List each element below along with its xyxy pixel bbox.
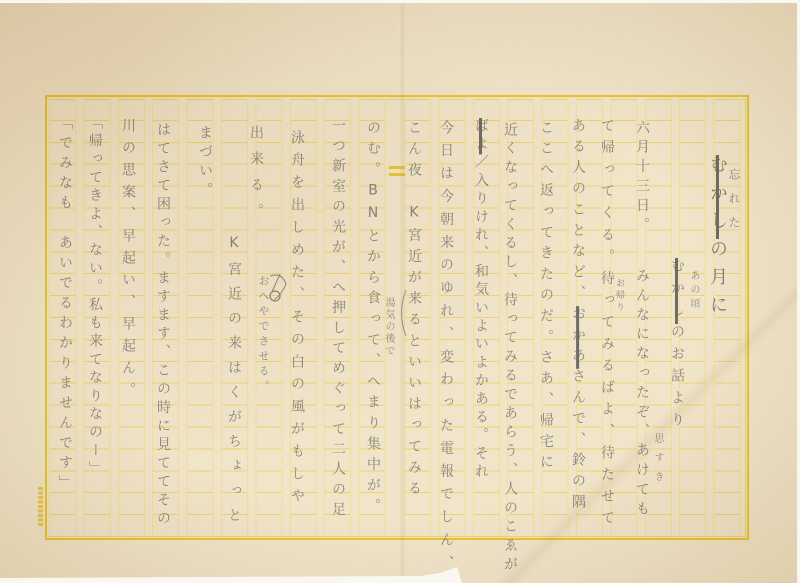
manuscript-line-8: ばよ／入りけれ、和気いよいよかある。それ [474, 118, 488, 482]
struck-text: ばよ [473, 118, 489, 154]
line-text: ／入りけれ、和気いよいよかある。それ [473, 154, 489, 482]
pencil-bracket-mark-icon [396, 288, 408, 338]
manuscript-line-2: むかしのお話より [670, 258, 684, 434]
line-text: 「帰ってきよ、ない。私も来てなりなのー」 [87, 115, 103, 479]
line-text: 一つ新室の光が、へ押してめぐって二人の足 [330, 118, 346, 522]
line-text: 今日は今朝来のゆれ、変わった電報でしん、 [438, 120, 454, 578]
line-text: て帰ってくる。待ってみるばよ、待たせて [599, 118, 615, 532]
line-text: こん夜 K宮近が来るといいはってみる [406, 120, 422, 502]
manuscript-line-15: K宮近の来はくがちょっと [227, 235, 241, 532]
line-2-correction: あの頃 [688, 270, 698, 312]
manuscript-line-10: こん夜 K宮近が来るといいはってみる [407, 120, 421, 502]
manuscript-line-17: はてさて困った。ますます、この時に見ててその [156, 122, 170, 529]
pencil-scribble-icon [262, 270, 292, 310]
line-3-correction: 思すき [652, 433, 662, 490]
struck-text: むかし [669, 258, 685, 324]
manuscript-line-19: 「帰ってきよ、ない。私も来てなりなのー」 [88, 115, 102, 479]
line-text: 「でみなも あいでるわかりませんです」 [57, 115, 73, 495]
line-text: ここへ返ってきたのだ。さあ、帰宅に [538, 120, 554, 475]
line-text: のお話より [669, 324, 685, 434]
line-4-insertion: お帰り [614, 278, 623, 314]
line-text: 六月十三日。 みんなになったぞ、あけても [634, 120, 650, 520]
line-text: はてさて困った。ますます、この時に見ててその [155, 122, 171, 529]
manuscript-line-9: 今日は今朝来のゆれ、変わった電報でしん、 [439, 120, 453, 578]
manuscript-title: むかしの月に [708, 155, 726, 323]
manuscript-line-6: ここへ返ってきたのだ。さあ、帰宅に [539, 120, 553, 475]
manuscript-line-14: 出来る。 [249, 125, 263, 229]
manuscript-line-11: のむ。BNとから食って、へまり集中が。 [366, 120, 380, 519]
line-text: 出来る。 [248, 125, 264, 229]
manuscript-line-13: 泳舟を出しめた、その白の風がもしや [290, 130, 304, 511]
line-text: ある人のことなど、 [570, 118, 586, 306]
struck-text: おかあ [570, 306, 586, 369]
manuscript-line-16: まづい。 [198, 125, 212, 201]
line-text: さんで、鈴の隅 [570, 369, 586, 515]
center-mark-bar-bottom [389, 173, 405, 176]
line-text: まづい。 [197, 125, 213, 201]
manuscript-line-4: て帰ってくる。待ってみるばよ、待たせて [600, 118, 614, 532]
line-text: K宮近の来はくがちょっと [226, 235, 242, 532]
manuscript-line-12: 一つ新室の光が、へ押してめぐって二人の足 [331, 118, 345, 522]
manuscript-line-5: ある人のことなど、おかあさんで、鈴の隅 [571, 118, 585, 515]
paper-maker-imprint [38, 487, 43, 526]
manuscript-line-20: 「でみなも あいでるわかりませんです」 [58, 115, 72, 495]
line-text: のむ。BNとから食って、へまり集中が。 [365, 120, 381, 519]
line-11-insertion: 湯気の後で [383, 297, 393, 357]
line-text: 泳舟を出しめた、その白の風がもしや [289, 130, 305, 511]
title-text: の月に [707, 239, 728, 323]
center-mark-bar-top [389, 166, 405, 169]
manuscript-line-3: 六月十三日。 みんなになったぞ、あけても [635, 120, 649, 520]
line-text: 川の思案、早起い、早起ん。 [120, 118, 136, 404]
title-correction: 忘れた [728, 168, 740, 240]
manuscript-line-18: 川の思案、早起い、早起ん。 [121, 118, 135, 404]
line-text: 近くなってくるし、待ってみるであらう、人のこゑが [502, 122, 518, 576]
manuscript-line-7: 近くなってくるし、待ってみるであらう、人のこゑが [503, 122, 517, 576]
struck-text: むかし [707, 155, 728, 239]
